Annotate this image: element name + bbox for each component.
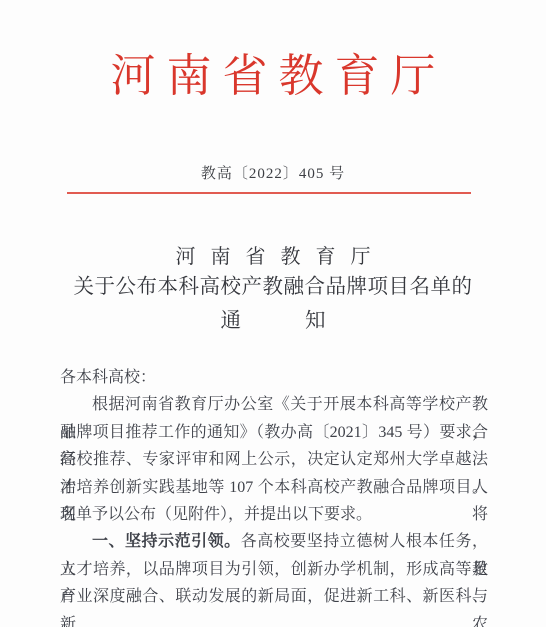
body-line: 根据河南省教育厅办公室《关于开展本科高等学校产教融合	[60, 391, 488, 418]
paragraph-lead-bold: 一、坚持示范引领。	[92, 533, 241, 550]
notice-title-type: 通知	[0, 306, 546, 336]
notice-title-block: 河南省教育厅 关于公布本科高校产教融合品牌项目名单的 通知	[0, 244, 546, 336]
notice-title-issuer: 河南省教育厅	[0, 244, 546, 270]
body-line: 产业深度融合、联动发展的新局面，促进新工科、新医科、新农	[60, 583, 488, 610]
salutation: 各本科高校：	[60, 364, 488, 391]
letterhead-agency-title: 河南省教育厅	[0, 52, 546, 102]
document-body: 各本科高校： 根据河南省教育厅办公室《关于开展本科高等学校产教融合 品牌项目推荐…	[60, 364, 488, 611]
body-line: 人才培养，以品牌项目为引领，创新办学机制，形成高等教育与	[60, 556, 488, 583]
body-line-with-bold-lead: 一、坚持示范引领。各高校要坚持立德树人根本任务，立足	[60, 528, 488, 555]
document-page: 河南省教育厅 教高〔2022〕405 号 河南省教育厅 关于公布本科高校产教融合…	[0, 0, 546, 627]
letterhead-divider-line	[67, 192, 471, 194]
body-line: 高校推荐、专家评审和网上公示，决定认定郑州大学卓越法治人	[60, 446, 488, 473]
body-line: 才培养创新实践基地等 107 个本科高校产教融合品牌项目。现将	[60, 474, 488, 501]
document-number: 教高〔2022〕405 号	[0, 162, 546, 183]
body-line: 品牌项目推荐工作的通知》（教办高〔2021〕345 号）要求，经	[60, 419, 488, 446]
notice-title-subject: 关于公布本科高校产教融合品牌项目名单的	[0, 272, 546, 302]
